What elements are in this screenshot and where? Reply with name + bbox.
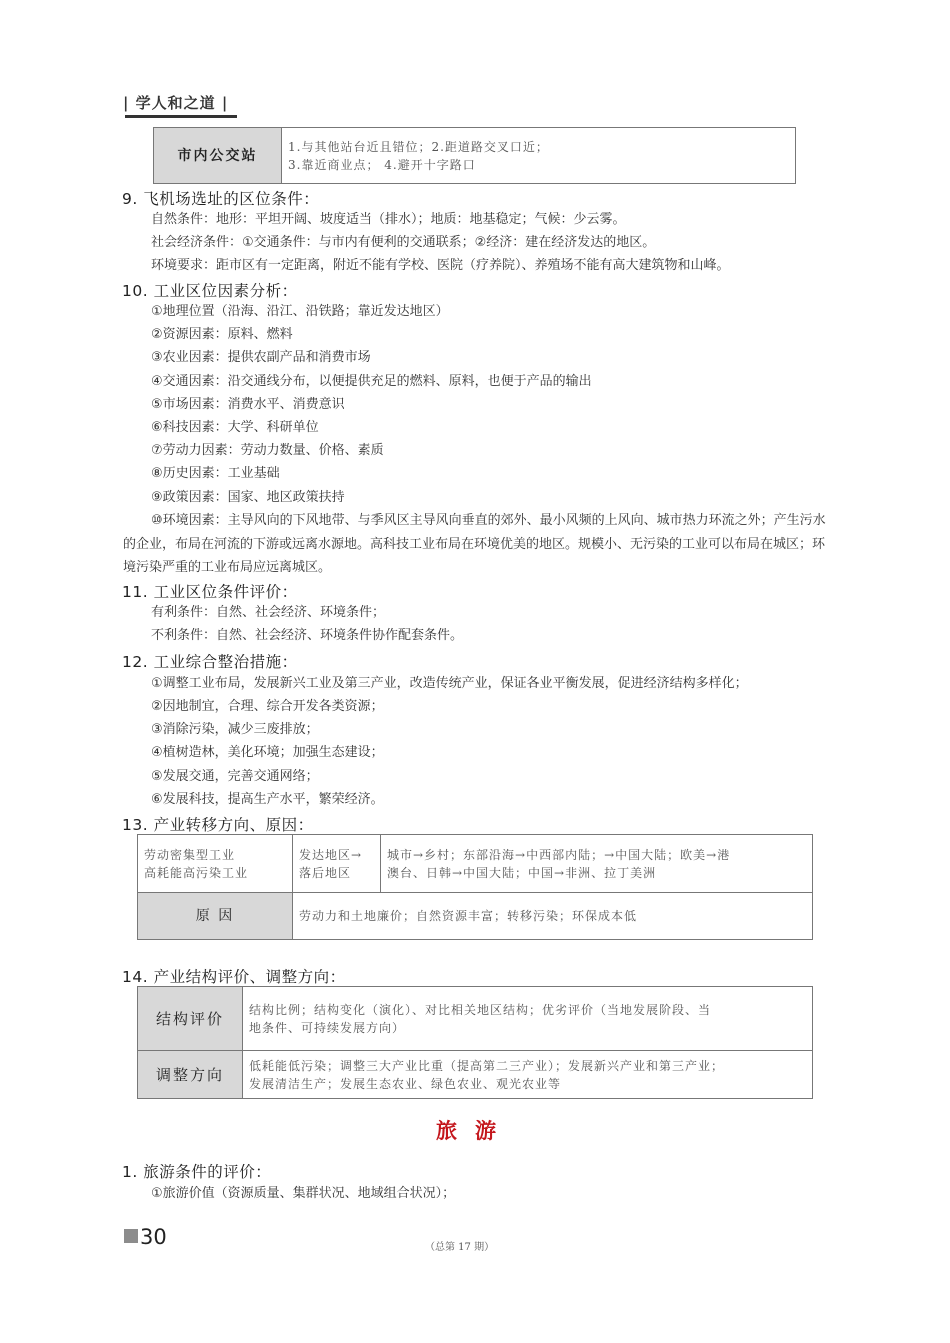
example-line: 城市→乡村；东部沿海→中西部内陆；→中国大陆；欧美→港: [387, 846, 806, 864]
examples-cell: 城市→乡村；东部沿海→中西部内陆；→中国大陆；欧美→港 澳台、日韩→中国大陆；中…: [381, 835, 813, 893]
s10-line: ⑥科技因素：大学、科研单位: [151, 416, 319, 439]
structure-eval-text: 结构比例；结构变化（演化）、对比相关地区结构；优劣评价（当地发展阶段、当 地条件…: [243, 987, 813, 1051]
s10-line: ②资源因素：原料、燃料: [151, 323, 293, 346]
header-underline: [125, 115, 237, 118]
industry-types-cell: 劳动密集型工业 高耗能高污染工业: [138, 835, 293, 893]
industry-structure-table: 结构评价 结构比例；结构变化（演化）、对比相关地区结构；优劣评价（当地发展阶段、…: [137, 986, 813, 1099]
direction-line: 落后地区: [299, 864, 374, 882]
s12-line: ⑤发展交通，完善交通网络；: [151, 765, 319, 788]
s12-line: ⑥发展科技，提高生产水平，繁荣经济。: [151, 788, 384, 811]
tourism-line: ①旅游价值（资源质量、集群状况、地域组合状况）；: [151, 1182, 455, 1205]
s10-line: ⑧历史因素：工业基础: [151, 462, 280, 485]
industry-type: 劳动密集型工业: [144, 846, 286, 864]
s12-line: ③消除污染，减少三废排放；: [151, 718, 319, 741]
section-12-heading: 12. 工业综合整治措施：: [122, 650, 298, 672]
section-11-heading: 11. 工业区位条件评价：: [122, 580, 298, 602]
bus-station-label: 市内公交站: [154, 128, 282, 184]
page-marker-square: [124, 1229, 138, 1243]
adjust-direction-label: 调整方向: [138, 1051, 243, 1099]
adjust-direction-text: 低耗能低污染；调整三大产业比重（提高第二三产业）；发展新兴产业和第三产业； 发展…: [243, 1051, 813, 1099]
bus-line-2: 3.靠近商业点； 4.避开十字路口: [288, 156, 789, 174]
s9-line: 社会经济条件：①交通条件：与市内有便利的交通联系；②经济：建在经济发达的地区。: [151, 231, 655, 254]
s11-line: 不利条件：自然、社会经济、环境条件协作配套条件。: [151, 624, 463, 647]
s10-line: ⑦劳动力因素：劳动力数量、价格、素质: [151, 439, 384, 462]
industry-type: 高耗能高污染工业: [144, 864, 286, 882]
example-line: 澳台、日韩→中国大陆；中国→非洲、拉丁美洲: [387, 864, 806, 882]
bus-station-conditions: 1.与其他站台近且错位；2.距道路交叉口近； 3.靠近商业点； 4.避开十字路口: [282, 128, 796, 184]
structure-eval-label: 结构评价: [138, 987, 243, 1051]
page-number: 30: [124, 1225, 167, 1249]
tourism-heading: 1. 旅游条件的评价：: [122, 1160, 271, 1182]
s12-line: ②因地制宜，合理、综合开发各类资源；: [151, 695, 384, 718]
section-10-heading: 10. 工业区位因素分析：: [122, 279, 298, 301]
bus-line-1: 1.与其他站台近且错位；2.距道路交叉口近；: [288, 138, 789, 156]
adjust-line: 低耗能低污染；调整三大产业比重（提高第二三产业）；发展新兴产业和第三产业；: [249, 1057, 806, 1075]
s12-line: ④植树造林，美化环境；加强生态建设；: [151, 741, 384, 764]
s10-line: ③农业因素：提供农副产品和消费市场: [151, 346, 371, 369]
tourism-section-title: 旅游: [0, 1115, 950, 1145]
s9-line: 环境要求：距市区有一定距离，附近不能有学校、医院（疗养院）、养殖场不能有高大建筑…: [151, 254, 730, 277]
direction-line: 发达地区→: [299, 846, 374, 864]
section-14-heading: 14. 产业结构评价、调整方向：: [122, 965, 346, 987]
s12-line: ①调整工业布局，发展新兴工业及第三产业，改造传统产业，保证各业平衡发展，促进经济…: [151, 672, 748, 695]
s10-line: ⑤市场因素：消费水平、消费意识: [151, 393, 345, 416]
eval-line: 结构比例；结构变化（演化）、对比相关地区结构；优劣评价（当地发展阶段、当: [249, 1001, 806, 1019]
section-9-heading: 9. 飞机场选址的区位条件：: [122, 187, 319, 209]
reason-label: 原 因: [138, 893, 293, 940]
adjust-line: 发展清洁生产；发展生态农业、绿色农业、观光农业等: [249, 1075, 806, 1093]
s10-line: ①地理位置（沿海、沿江、沿铁路；靠近发达地区）: [151, 300, 449, 323]
eval-line: 地条件、可持续发展方向）: [249, 1019, 806, 1037]
magazine-header: | 学人和之道 |: [123, 92, 228, 113]
section-13-heading: 13. 产业转移方向、原因：: [122, 813, 314, 835]
industry-transfer-table: 劳动密集型工业 高耗能高污染工业 发达地区→ 落后地区 城市→乡村；东部沿海→中…: [137, 834, 813, 940]
reason-text: 劳动力和土地廉价；自然资源丰富；转移污染；环保成本低: [293, 893, 813, 940]
page-number-text: 30: [140, 1225, 167, 1249]
bus-station-table: 市内公交站 1.与其他站台近且错位；2.距道路交叉口近； 3.靠近商业点； 4.…: [153, 127, 796, 184]
direction-cell: 发达地区→ 落后地区: [293, 835, 381, 893]
s10-line: ⑨政策因素：国家、地区政策扶持: [151, 486, 345, 509]
issue-number: （总第 17 期）: [425, 1238, 494, 1253]
s10-line: ④交通因素：沿交通线分布，以便提供充足的燃料、原料，也便于产品的输出: [151, 370, 592, 393]
s11-line: 有利条件：自然、社会经济、环境条件；: [151, 601, 385, 624]
s10-environment-paragraph: ⑩环境因素：主导风向的下风地带、与季风区主导风向垂直的郊外、最小风频的上风向、城…: [123, 509, 831, 580]
s9-line: 自然条件：地形：平坦开阔、坡度适当（排水）；地质：地基稳定；气候：少云雾。: [151, 208, 626, 231]
